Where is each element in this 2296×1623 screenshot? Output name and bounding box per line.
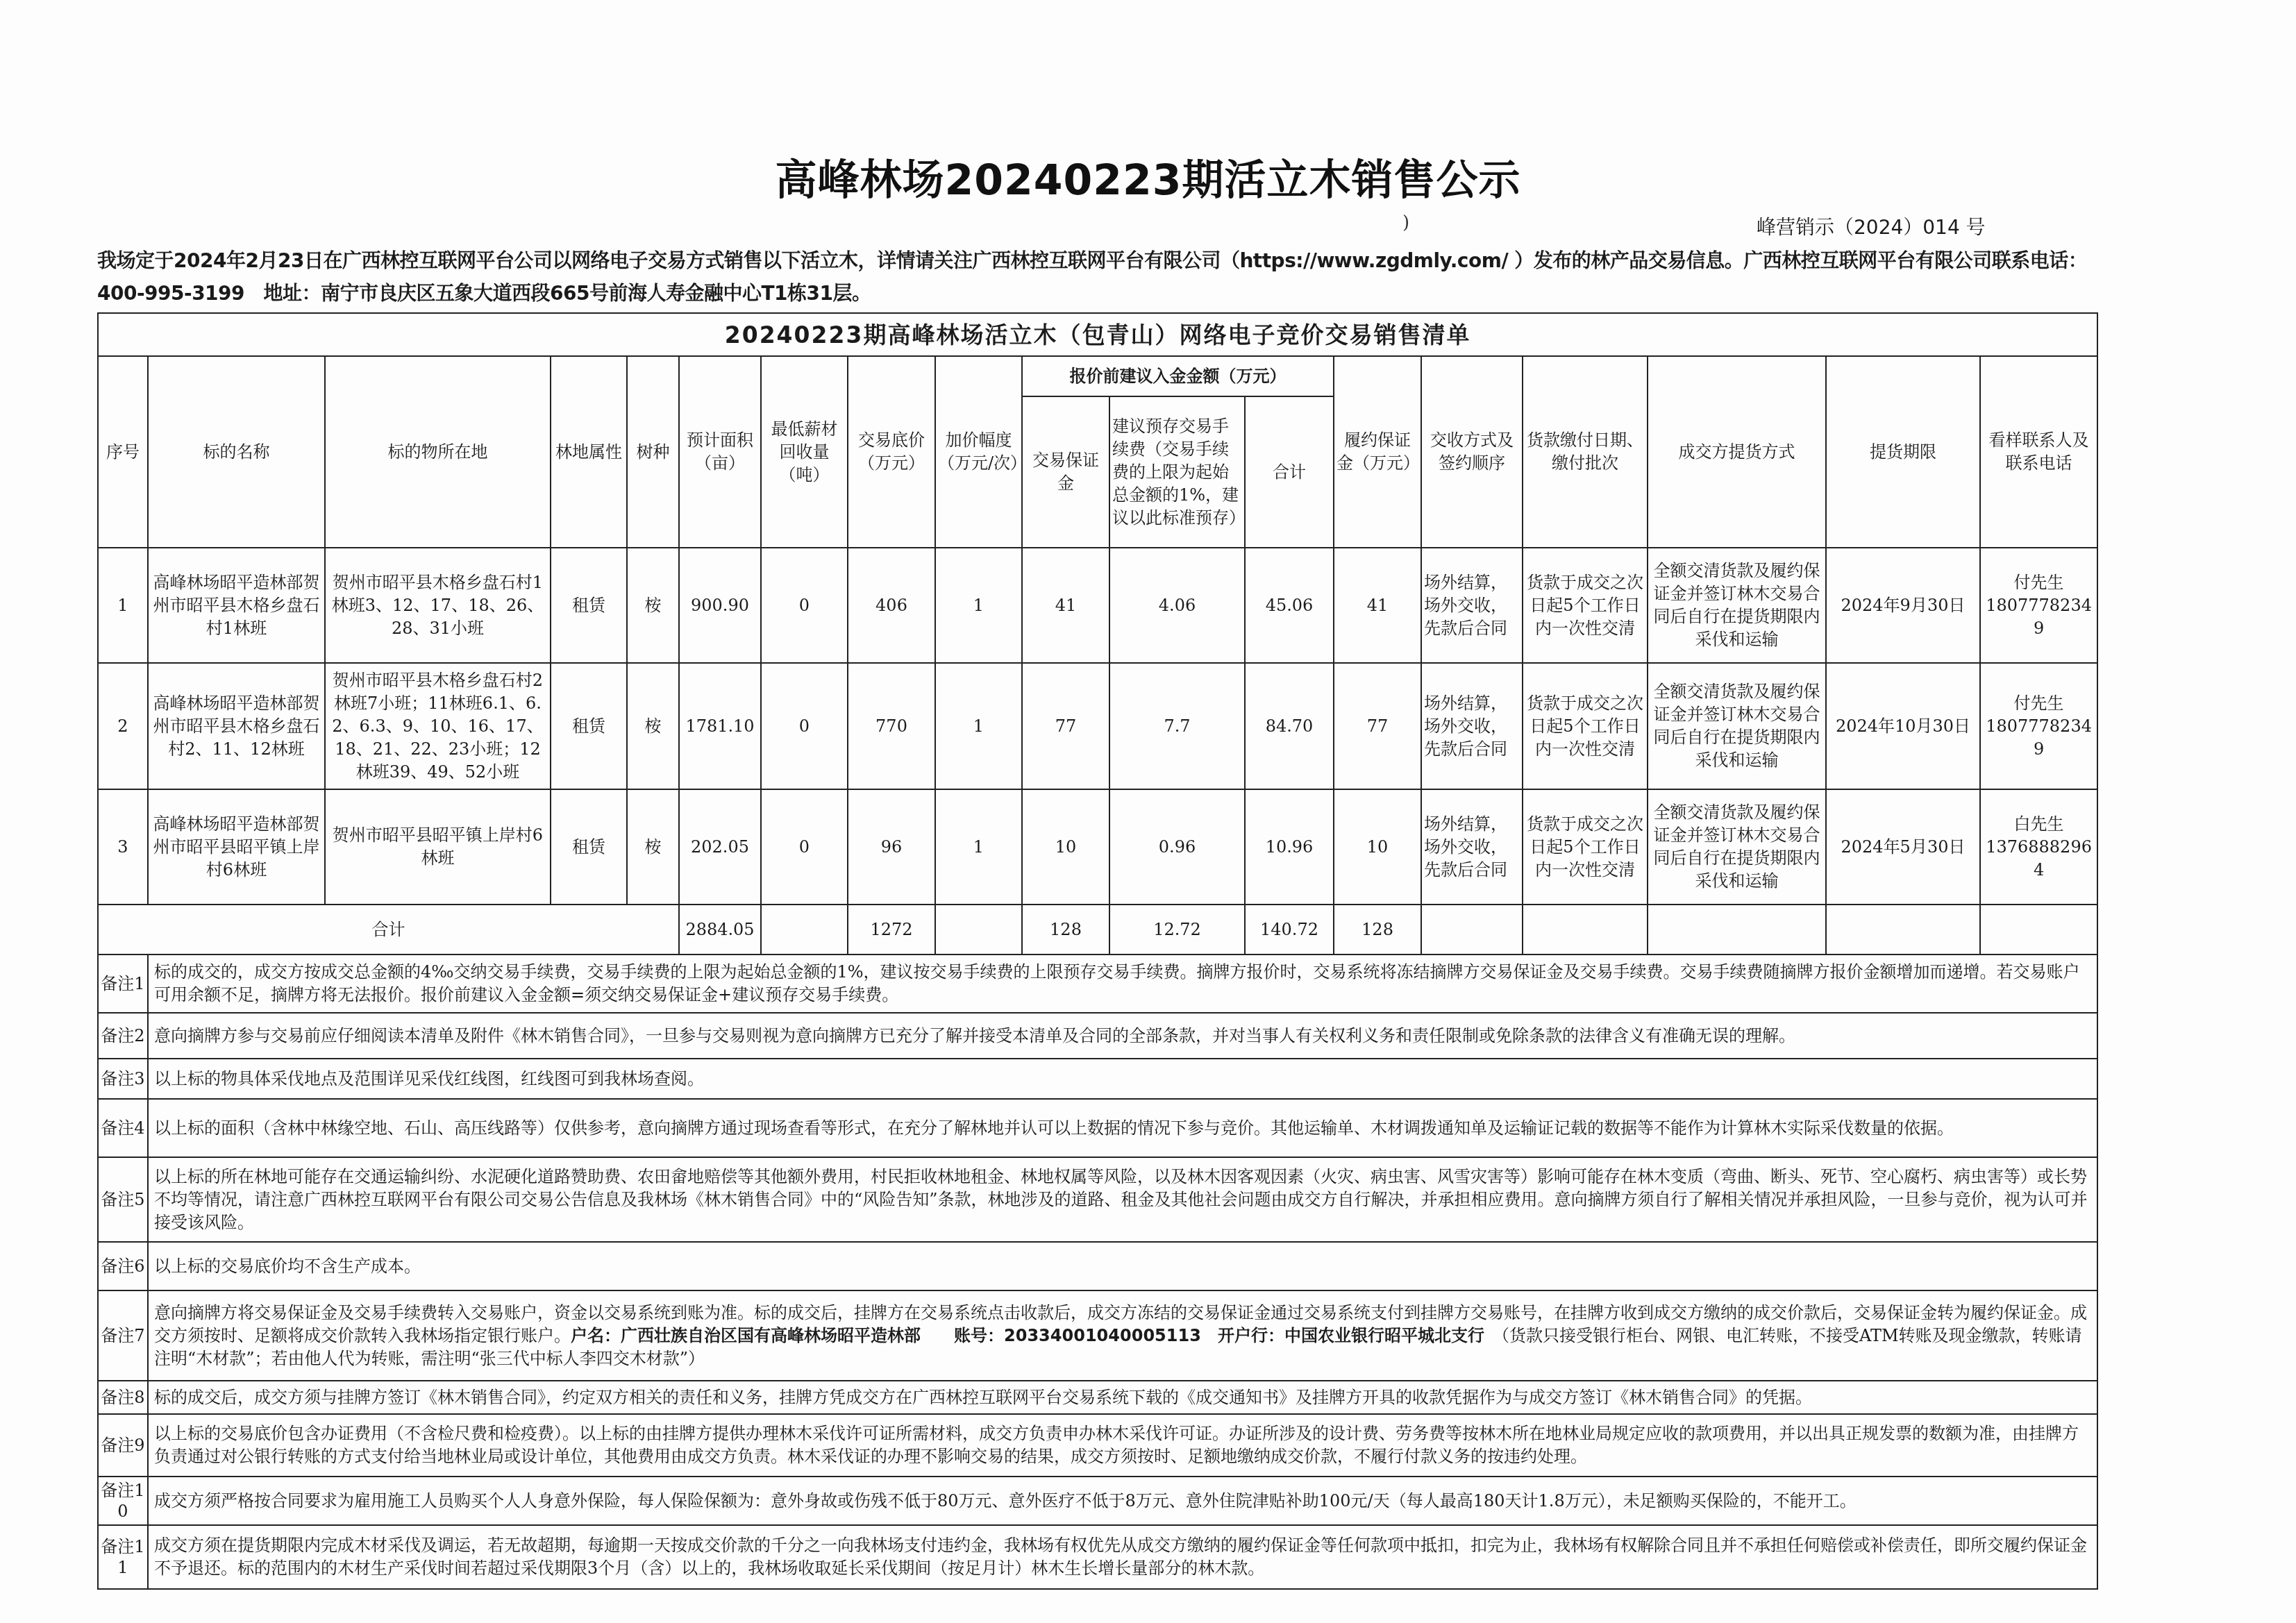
note-label: 备注5 [98,1157,148,1242]
cell-seq: 3 [98,789,148,905]
cell-location: 贺州市昭平县昭平镇上岸村6林班 [325,789,551,905]
header-contact: 看样联系人及联系电话 [1980,356,2097,548]
note-label: 备注10 [98,1477,148,1525]
contact-phone: 18077782349 [1983,715,2095,761]
cell-performance-bond: 10 [1334,789,1421,905]
cell-pickup-deadline: 2024年9月30日 [1826,548,1980,663]
header-subtotal: 合计 [1245,396,1334,548]
total-label: 合计 [98,905,679,955]
header-species: 树种 [627,356,679,548]
cell-species: 桉 [627,548,679,663]
cell-pickup-deadline: 2024年10月30日 [1826,663,1980,789]
total-subtotal: 140.72 [1245,905,1334,955]
doc-number-mark: ) [1402,212,1409,233]
cell-deposit: 10 [1022,789,1109,905]
note-row: 备注9 以上标的交易底价包含办证费用（不含检尺费和检疫费）。以上标的由挂牌方提供… [98,1414,2097,1477]
note-text: 成交方须严格按合同要求为雇用施工人员购买个人人身意外保险，每人保险保额为：意外身… [148,1477,2097,1525]
note-label: 备注3 [98,1059,148,1099]
cell-fee: 7.7 [1109,663,1245,789]
cell-seq: 2 [98,663,148,789]
note-text: 以上标的所在林地可能存在交通运输纠纷、水泥硬化道路赞助费、农田畲地赔偿等其他额外… [148,1157,2097,1242]
total-area: 2884.05 [679,905,761,955]
cell-increment: 1 [935,663,1022,789]
cell-subtotal: 45.06 [1245,548,1334,663]
note-row: 备注10 成交方须严格按合同要求为雇用施工人员购买个人人身意外保险，每人保险保额… [98,1477,2097,1525]
cell-name: 高峰林场昭平造林部贺州市昭平县木格乡盘石村2、11、12林班 [148,663,325,789]
note-text: 意向摘牌方参与交易前应仔细阅读本清单及附件《林木销售合同》，一旦参与交易则视为意… [148,1013,2097,1059]
contact-name: 白先生 [1983,813,2095,836]
note-text: 成交方须在提货期限内完成木材采伐及调运，若无故超期，每逾期一天按成交价款的千分之… [148,1525,2097,1589]
note-label: 备注11 [98,1525,148,1589]
header-pickup-method: 成交方提货方式 [1648,356,1826,548]
cell-increment: 1 [935,789,1022,905]
cell-species: 桉 [627,663,679,789]
note-text: 意向摘牌方将交易保证金及交易手续费转入交易账户，资金以交易系统到账为准。标的成交… [148,1290,2097,1381]
bank-account-info: 户名：广西壮族自治区国有高峰林场昭平造林部 账号：203340010400051… [571,1326,1484,1345]
contact-name: 付先生 [1983,692,2095,715]
document-title: 高峰林场20240223期活立木销售公示 [0,147,2296,207]
cell-delivery-signing: 场外结算，场外交收，先款后合同 [1421,663,1523,789]
note-label: 备注6 [98,1242,148,1290]
cell-pickup-method: 全额交清货款及履约保证金并签订林木交易合同后自行在提货期限内采伐和运输 [1648,663,1826,789]
note-text: 标的成交的，成交方按成交总金额的4‰交纳交易手续费，交易手续费的上限为起始总金额… [148,955,2097,1013]
contact-phone: 13768882964 [1983,836,2095,882]
header-deposit: 交易保证金 [1022,396,1109,548]
cell-location: 贺州市昭平县木格乡盘石村2林班7小班；11林班6.1、6.2、6.3、9、10、… [325,663,551,789]
note-row: 备注6 以上标的交易底价均不含生产成本。 [98,1242,2097,1290]
header-min-firewood: 最低薪材回收量（吨） [761,356,848,548]
header-location: 标的物所在地 [325,356,551,548]
total-performance-bond: 128 [1334,905,1421,955]
cell-fee: 4.06 [1109,548,1245,663]
note-row: 备注8 标的成交后，成交方须与挂牌方签订《林木销售合同》，约定双方相关的责任和义… [98,1381,2097,1414]
cell-pickup-method: 全额交清货款及履约保证金并签订林木交易合同后自行在提货期限内采伐和运输 [1648,789,1826,905]
cell-land-attr: 租赁 [551,548,627,663]
sales-list-table: 20240223期高峰林场活立木（包青山）网络电子竞价交易销售清单 序号 标的名… [97,312,2098,1590]
note-row: 备注11 成交方须在提货期限内完成木材采伐及调运，若无故超期，每逾期一天按成交价… [98,1525,2097,1589]
cell-deposit: 41 [1022,548,1109,663]
cell-land-attr: 租赁 [551,789,627,905]
header-base-price: 交易底价（万元） [848,356,935,548]
cell-min-firewood: 0 [761,663,848,789]
cell-location: 贺州市昭平县木格乡盘石村1林班3、12、17、18、26、28、31小班 [325,548,551,663]
cell-contact: 付先生18077782349 [1980,663,2097,789]
cell-performance-bond: 77 [1334,663,1421,789]
cell-land-attr: 租赁 [551,663,627,789]
cell-name: 高峰林场昭平造林部贺州市昭平县昭平镇上岸村6林班 [148,789,325,905]
contact-phone: 18077782349 [1983,594,2095,640]
note-row: 备注2 意向摘牌方参与交易前应仔细阅读本清单及附件《林木销售合同》，一旦参与交易… [98,1013,2097,1059]
header-deposit-group: 报价前建议入金金额（万元） [1022,356,1334,396]
note-text: 以上标的交易底价均不含生产成本。 [148,1242,2097,1290]
total-base-price: 1272 [848,905,935,955]
cell-base-price: 406 [848,548,935,663]
cell-delivery-signing: 场外结算，场外交收，先款后合同 [1421,548,1523,663]
total-deposit: 128 [1022,905,1109,955]
cell-base-price: 770 [848,663,935,789]
header-performance-bond: 履约保证金（万元） [1334,356,1421,548]
header-area: 预计面积（亩） [679,356,761,548]
header-name: 标的名称 [148,356,325,548]
cell-subtotal: 84.70 [1245,663,1334,789]
note-label: 备注8 [98,1381,148,1414]
cell-pickup-method: 全额交清货款及履约保证金并签订林木交易合同后自行在提货期限内采伐和运输 [1648,548,1826,663]
table-row: 1 高峰林场昭平造林部贺州市昭平县木格乡盘石村1林班 贺州市昭平县木格乡盘石村1… [98,548,2097,663]
cell-subtotal: 10.96 [1245,789,1334,905]
total-row: 合计 2884.05 1272 128 12.72 140.72 128 [98,905,2097,955]
note-label: 备注7 [98,1290,148,1381]
cell-fee: 0.96 [1109,789,1245,905]
cell-name: 高峰林场昭平造林部贺州市昭平县木格乡盘石村1林班 [148,548,325,663]
table-row: 2 高峰林场昭平造林部贺州市昭平县木格乡盘石村2、11、12林班 贺州市昭平县木… [98,663,2097,789]
note-text: 以上标的面积（含林中林缘空地、石山、高压线路等）仅供参考，意向摘牌方通过现场查看… [148,1099,2097,1157]
cell-delivery-signing: 场外结算，场外交收，先款后合同 [1421,789,1523,905]
doc-number: 峰营销示（2024）014 号 [1757,212,1986,240]
cell-min-firewood: 0 [761,789,848,905]
cell-min-firewood: 0 [761,548,848,663]
header-seq: 序号 [98,356,148,548]
note-label: 备注2 [98,1013,148,1059]
cell-contact: 付先生18077782349 [1980,548,2097,663]
cell-payment: 货款于成交之次日起5个工作日内一次性交清 [1523,789,1648,905]
note-label: 备注9 [98,1414,148,1477]
header-delivery-signing: 交收方式及签约顺序 [1421,356,1523,548]
intro-paragraph: 我场定于2024年2月23日在广西林控互联网平台公司以网络电子交易方式销售以下活… [97,244,2097,310]
cell-base-price: 96 [848,789,935,905]
note-label: 备注4 [98,1099,148,1157]
cell-area: 900.90 [679,548,761,663]
contact-name: 付先生 [1983,571,2095,594]
total-fee: 12.72 [1109,905,1245,955]
note-text: 标的成交后，成交方须与挂牌方签订《林木销售合同》，约定双方相关的责任和义务，挂牌… [148,1381,2097,1414]
table-title: 20240223期高峰林场活立木（包青山）网络电子竞价交易销售清单 [98,313,2097,356]
note-row: 备注7 意向摘牌方将交易保证金及交易手续费转入交易账户，资金以交易系统到账为准。… [98,1290,2097,1381]
table-row: 3 高峰林场昭平造林部贺州市昭平县昭平镇上岸村6林班 贺州市昭平县昭平镇上岸村6… [98,789,2097,905]
header-payment: 货款缴付日期、缴付批次 [1523,356,1648,548]
cell-seq: 1 [98,548,148,663]
header-increment: 加价幅度（万元/次） [935,356,1022,548]
cell-species: 桉 [627,789,679,905]
cell-contact: 白先生13768882964 [1980,789,2097,905]
cell-payment: 货款于成交之次日起5个工作日内一次性交清 [1523,548,1648,663]
note-text: 以上标的交易底价包含办证费用（不含检尺费和检疫费）。以上标的由挂牌方提供办理林木… [148,1414,2097,1477]
cell-deposit: 77 [1022,663,1109,789]
note-row: 备注4 以上标的面积（含林中林缘空地、石山、高压线路等）仅供参考，意向摘牌方通过… [98,1099,2097,1157]
header-land-attr: 林地属性 [551,356,627,548]
header-pickup-deadline: 提货期限 [1826,356,1980,548]
note-label: 备注1 [98,955,148,1013]
note-row: 备注1 标的成交的，成交方按成交总金额的4‰交纳交易手续费，交易手续费的上限为起… [98,955,2097,1013]
cell-increment: 1 [935,548,1022,663]
cell-payment: 货款于成交之次日起5个工作日内一次性交清 [1523,663,1648,789]
cell-area: 1781.10 [679,663,761,789]
note-text: 以上标的物具体采伐地点及范围详见采伐红线图，红线图可到我林场查阅。 [148,1059,2097,1099]
cell-area: 202.05 [679,789,761,905]
note-row: 备注3 以上标的物具体采伐地点及范围详见采伐红线图，红线图可到我林场查阅。 [98,1059,2097,1099]
header-fee: 建议预存交易手续费（交易手续费的上限为起始总金额的1%，建议以此标准预存） [1109,396,1245,548]
cell-performance-bond: 41 [1334,548,1421,663]
note-row: 备注5 以上标的所在林地可能存在交通运输纠纷、水泥硬化道路赞助费、农田畲地赔偿等… [98,1157,2097,1242]
cell-pickup-deadline: 2024年5月30日 [1826,789,1980,905]
